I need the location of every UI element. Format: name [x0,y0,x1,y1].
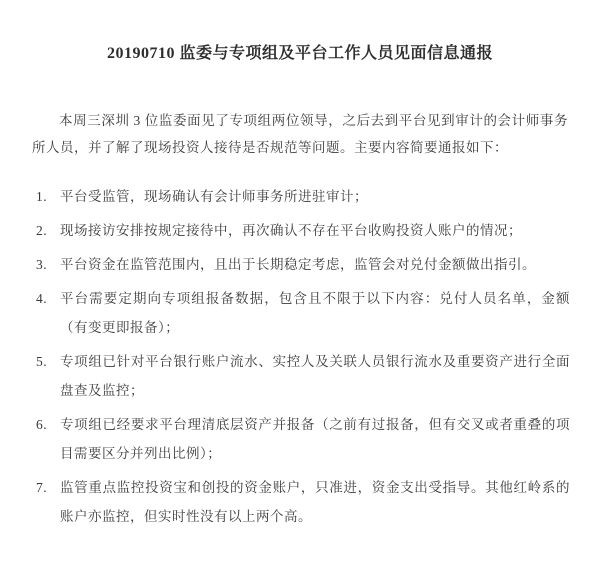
item-number: 2. [36,216,60,245]
item-text: 专项组已经要求平台理清底层资产并报备（之前有过报备，但有交叉或者重叠的项目需要区… [60,410,570,468]
item-number: 5. [36,347,60,376]
item-number: 1. [36,182,60,211]
item-number: 4. [36,284,60,313]
list-item: 6. 专项组已经要求平台理清底层资产并报备（之前有过报备，但有交叉或者重叠的项目… [36,410,570,468]
item-text: 平台受监管，现场确认有会计师事务所进驻审计； [60,182,570,211]
document-page: 20190710 监委与专项组及平台工作人员见面信息通报 本周三深圳 3 位监委… [0,0,600,568]
list-item: 5. 专项组已针对平台银行账户流水、实控人及关联人员银行流水及重要资产进行全面盘… [36,347,570,405]
page-title: 20190710 监委与专项组及平台工作人员见面信息通报 [30,40,570,63]
item-number: 6. [36,410,60,439]
list-item: 2. 现场接访安排按规定接待中，再次确认不存在平台收购投资人账户的情况； [36,216,570,245]
list-item: 1. 平台受监管，现场确认有会计师事务所进驻审计； [36,182,570,211]
item-number: 3. [36,250,60,279]
item-number: 7. [36,473,60,502]
list-item: 3. 平台资金在监管范围内，且出于长期稳定考虑，监管会对兑付金额做出指引。 [36,250,570,279]
numbered-list: 1. 平台受监管，现场确认有会计师事务所进驻审计； 2. 现场接访安排按规定接待… [36,182,570,531]
item-text: 监管重点监控投资宝和创投的资金账户，只准进，资金支出受指导。其他红岭系的账户亦监… [60,473,570,531]
list-item: 4. 平台需要定期向专项组报备数据，包含且不限于以下内容：兑付人员名单，金额（有… [36,284,570,342]
intro-paragraph: 本周三深圳 3 位监委面见了专项组两位领导，之后去到平台见到审计的会计师事务所人… [32,107,568,161]
item-text: 专项组已针对平台银行账户流水、实控人及关联人员银行流水及重要资产进行全面盘查及监… [60,347,570,405]
item-text: 平台需要定期向专项组报备数据，包含且不限于以下内容：兑付人员名单，金额（有变更即… [60,284,570,342]
item-text: 现场接访安排按规定接待中，再次确认不存在平台收购投资人账户的情况； [60,216,570,245]
list-item: 7. 监管重点监控投资宝和创投的资金账户，只准进，资金支出受指导。其他红岭系的账… [36,473,570,531]
item-text: 平台资金在监管范围内，且出于长期稳定考虑，监管会对兑付金额做出指引。 [60,250,570,279]
